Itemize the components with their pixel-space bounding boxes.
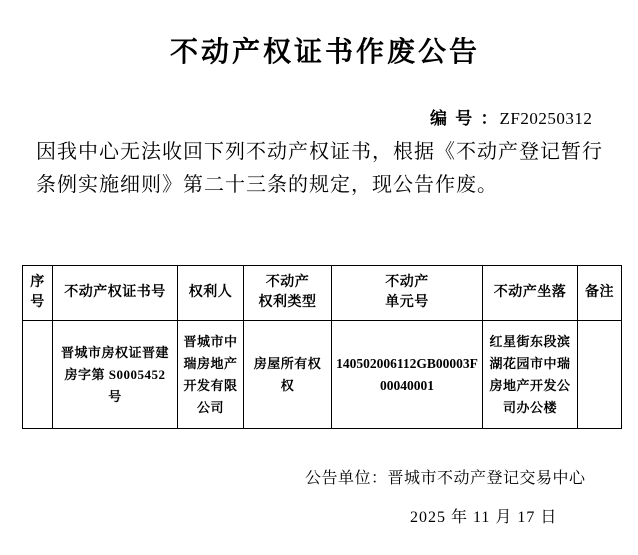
table-row: 晋城市房权证晋建 房字第 S0005452 号 晋城市中 瑞房地产 开发有限 公… xyxy=(23,321,622,429)
certificates-table: 序 号 不动产权证书号 权利人 不动产 权利类型 不动产 单元号 不动产坐落 备… xyxy=(22,265,622,429)
cell-seq-no xyxy=(23,321,53,429)
cell-remarks xyxy=(578,321,622,429)
cell-unit-no: 140502006112GB00003F 00040001 xyxy=(332,321,483,429)
doc-number-label: 编 号 ： xyxy=(430,109,500,128)
doc-number-line: 编 号 ：ZF20250312 xyxy=(430,104,592,129)
col-header-certificate-no: 不动产权证书号 xyxy=(53,266,178,321)
col-header-right-holder: 权利人 xyxy=(178,266,244,321)
doc-number-value: ZF20250312 xyxy=(500,109,593,128)
page-title: 不动产权证书作废公告 xyxy=(0,30,638,70)
col-header-location: 不动产坐落 xyxy=(483,266,578,321)
announcement-document: 不动产权证书作废公告 编 号 ：ZF20250312 因我中心无法收回下列不动产… xyxy=(0,0,638,555)
cell-right-holder: 晋城市中 瑞房地产 开发有限 公司 xyxy=(178,321,244,429)
cell-right-type: 房屋所有权 权 xyxy=(244,321,332,429)
col-header-remarks: 备注 xyxy=(578,266,622,321)
announcement-date: 2025 年 11 月 17 日 xyxy=(410,504,557,527)
col-header-right-type: 不动产 权利类型 xyxy=(244,266,332,321)
col-header-seq-no: 序 号 xyxy=(23,266,53,321)
table-header-row: 序 号 不动产权证书号 权利人 不动产 权利类型 不动产 单元号 不动产坐落 备… xyxy=(23,266,622,321)
cell-certificate-no: 晋城市房权证晋建 房字第 S0005452 号 xyxy=(53,321,178,429)
col-header-unit-no: 不动产 单元号 xyxy=(332,266,483,321)
announcing-unit: 公告单位：晋城市不动产登记交易中心 xyxy=(305,465,586,488)
announcement-body: 因我中心无法收回下列不动产权证书，根据《不动产登记暂行 条例实施细则》第二十三条… xyxy=(36,136,626,202)
cell-location: 红星街东段滨 湖花园市中瑞 房地产开发公 司办公楼 xyxy=(483,321,578,429)
